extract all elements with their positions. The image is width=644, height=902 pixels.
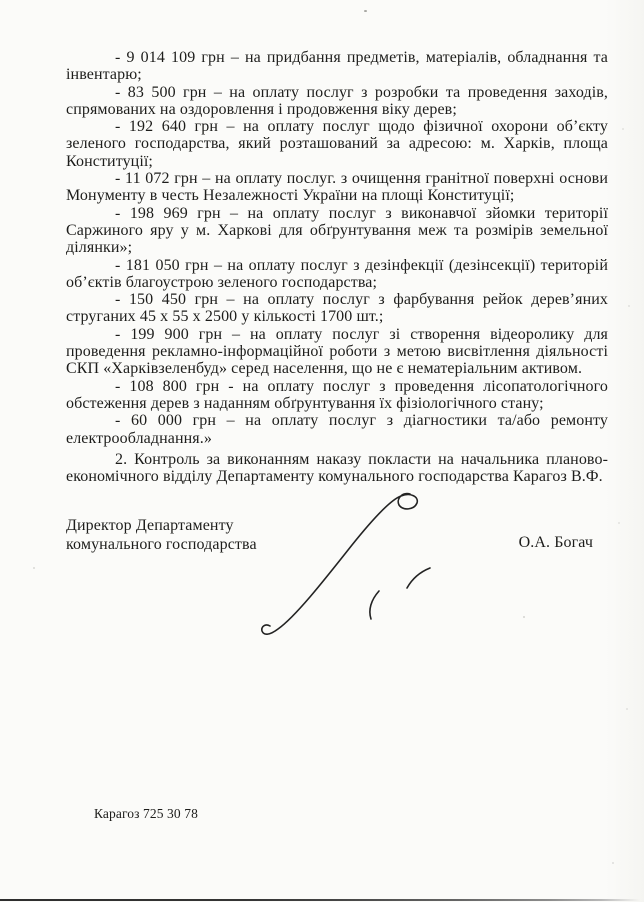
order-item: - 192 640 грн – на оплату послуг щодо фі… [66,118,608,170]
scan-speck [612,862,614,864]
document-page: - 9 014 109 грн – на придбання предметів… [0,0,644,902]
order-item: - 199 900 грн – на оплату послуг зі ство… [66,326,608,378]
order-item-list: - 9 014 109 грн – на придбання предметів… [66,49,608,447]
signatory-title: Директор Департаменту комунального госпо… [66,517,257,554]
scan-edge-artifact [0,899,640,902]
order-item: - 11 072 грн – на оплату послуг. з очище… [66,170,608,205]
signature-main-stroke [262,494,417,635]
signatory-title-line2: комунального господарства [66,536,257,555]
signatory-title-line1: Директор Департаменту [66,517,257,536]
scan-speck [618,522,620,524]
scan-speck [523,616,525,618]
scan-speck [531,399,533,401]
scan-speck [364,10,367,12]
signature-flourish-right [407,568,430,588]
scan-speck [628,305,630,307]
scan-speck [33,567,35,569]
signature-flourish-left [370,591,379,619]
order-item: - 60 000 грн – на оплату послуг з діагно… [66,412,608,447]
order-item: - 150 450 грн – на оплату послуг з фарбу… [66,291,608,326]
control-paragraph: 2. Контроль за виконанням наказу покласт… [66,451,608,486]
signatory-name: О.А. Богач [519,534,593,551]
order-item: - 9 014 109 грн – на придбання предметів… [66,49,608,84]
executor-reference: Карагоз 725 30 78 [94,806,198,822]
order-item: - 83 500 грн – на оплату послуг з розроб… [66,84,608,119]
order-item: - 198 969 грн – на оплату послуг з викон… [66,205,608,257]
order-item: - 108 800 грн - на оплату послуг з прове… [66,378,608,413]
scan-speck [626,708,628,710]
scan-speck [622,128,624,130]
order-item: - 181 050 грн – на оплату послуг з дезін… [66,257,608,292]
